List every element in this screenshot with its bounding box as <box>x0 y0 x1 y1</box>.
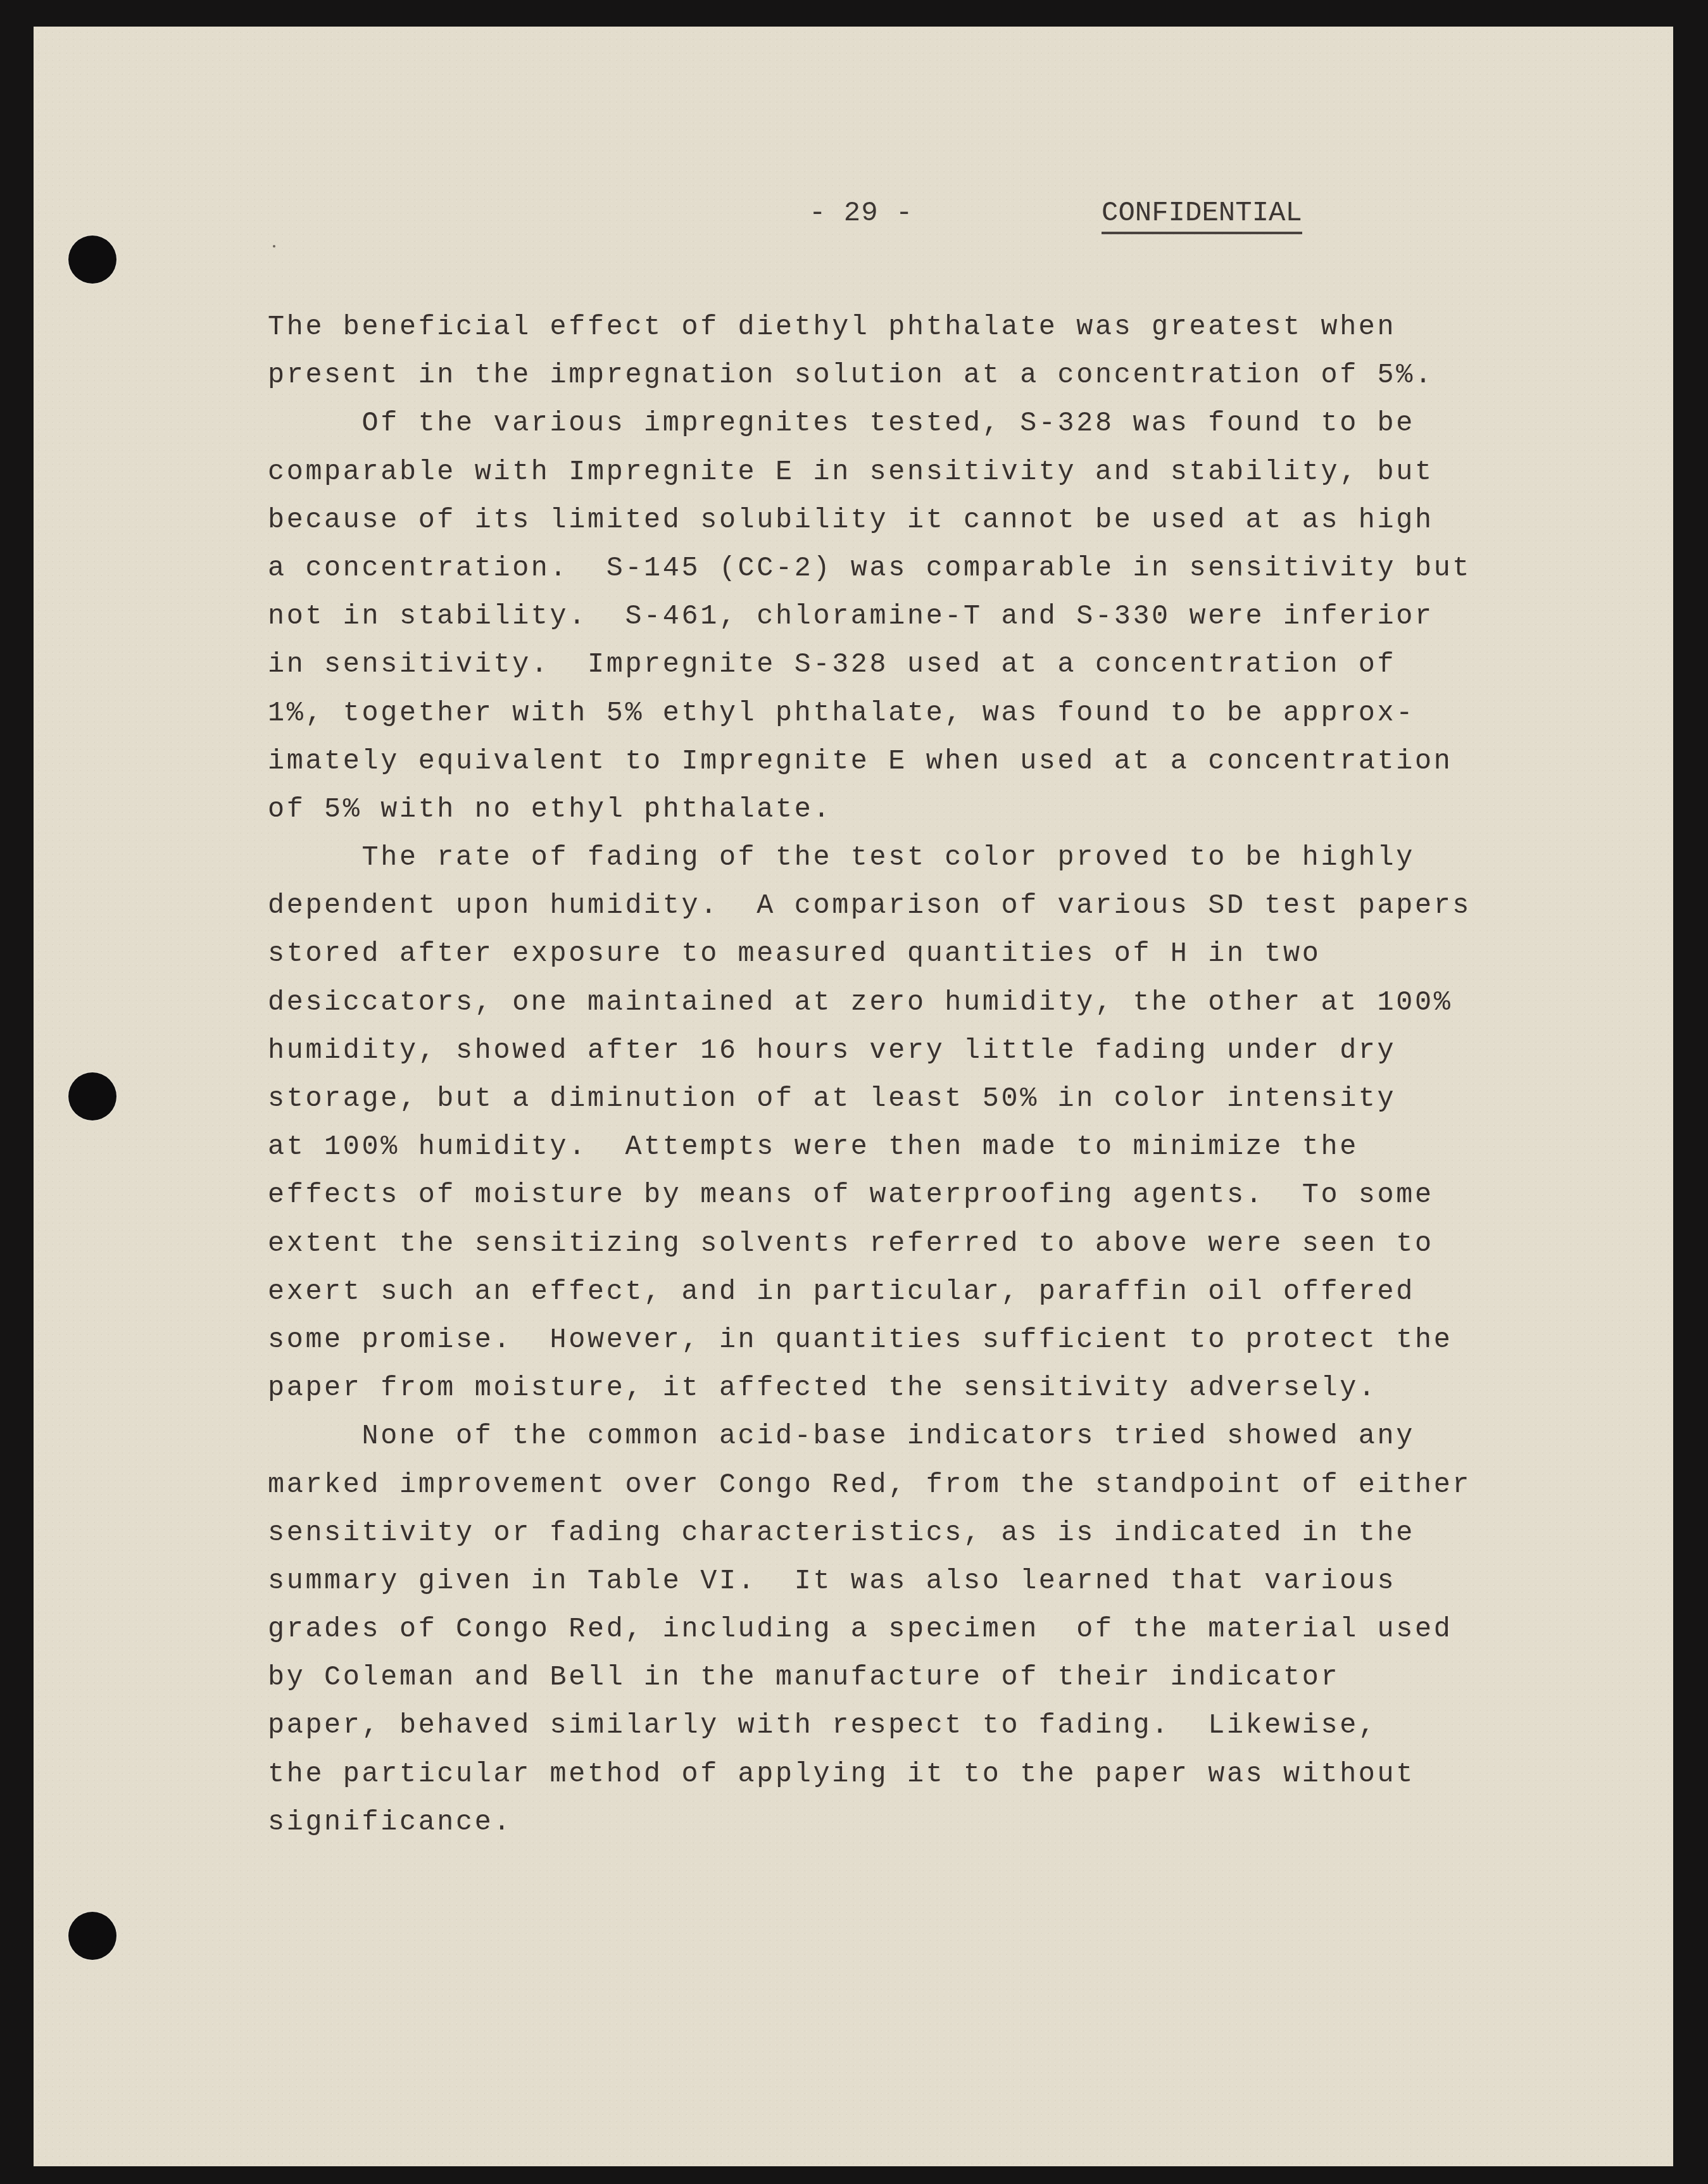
body-text: The beneficial effect of diethyl phthala… <box>268 304 1566 1847</box>
text-line: the particular method of applying it to … <box>268 1751 1566 1799</box>
paper-speck <box>273 245 275 248</box>
text-line: because of its limited solubility it can… <box>268 497 1566 545</box>
text-line: The rate of fading of the test color pro… <box>268 834 1566 882</box>
classification-marking: CONFIDENTIAL <box>1102 198 1302 234</box>
text-line: at 100% humidity. Attempts were then mad… <box>268 1124 1566 1172</box>
binder-hole <box>68 235 116 284</box>
text-line: of 5% with no ethyl phthalate. <box>268 786 1566 834</box>
text-line: in sensitivity. Impregnite S-328 used at… <box>268 641 1566 689</box>
text-line: storage, but a diminution of at least 50… <box>268 1076 1566 1124</box>
binder-hole <box>68 1912 116 1960</box>
page-number: - 29 - <box>809 198 913 229</box>
text-line: effects of moisture by means of waterpro… <box>268 1172 1566 1220</box>
text-line: humidity, showed after 16 hours very lit… <box>268 1027 1566 1076</box>
text-line: 1%, together with 5% ethyl phthalate, wa… <box>268 690 1566 738</box>
document-page: - 29 - CONFIDENTIAL The beneficial effec… <box>34 27 1673 2166</box>
text-line: None of the common acid-base indicators … <box>268 1413 1566 1461</box>
text-line: dependent upon humidity. A comparison of… <box>268 882 1566 931</box>
text-line: sensitivity or fading characteristics, a… <box>268 1510 1566 1558</box>
text-line: summary given in Table VI. It was also l… <box>268 1558 1566 1606</box>
text-line: desiccators, one maintained at zero humi… <box>268 979 1566 1027</box>
text-line: stored after exposure to measured quanti… <box>268 931 1566 979</box>
text-line: not in stability. S-461, chloramine-T an… <box>268 593 1566 641</box>
binder-hole <box>68 1072 116 1120</box>
text-line: paper from moisture, it affected the sen… <box>268 1365 1566 1413</box>
text-line: paper, behaved similarly with respect to… <box>268 1702 1566 1750</box>
text-line: comparable with Impregnite E in sensitiv… <box>268 449 1566 497</box>
text-line: present in the impregnation solution at … <box>268 352 1566 400</box>
text-line: grades of Congo Red, including a specime… <box>268 1606 1566 1654</box>
text-line: imately equivalent to Impregnite E when … <box>268 738 1566 786</box>
text-line: The beneficial effect of diethyl phthala… <box>268 304 1566 352</box>
text-line: significance. <box>268 1799 1566 1847</box>
text-line: some promise. However, in quantities suf… <box>268 1317 1566 1365</box>
text-line: exert such an effect, and in particular,… <box>268 1269 1566 1317</box>
page-header: - 29 - CONFIDENTIAL <box>34 190 1673 241</box>
text-line: Of the various impregnites tested, S-328… <box>268 400 1566 448</box>
text-line: extent the sensitizing solvents referred… <box>268 1221 1566 1269</box>
text-line: a concentration. S-145 (CC-2) was compar… <box>268 545 1566 593</box>
text-line: marked improvement over Congo Red, from … <box>268 1462 1566 1510</box>
text-line: by Coleman and Bell in the manufacture o… <box>268 1654 1566 1702</box>
